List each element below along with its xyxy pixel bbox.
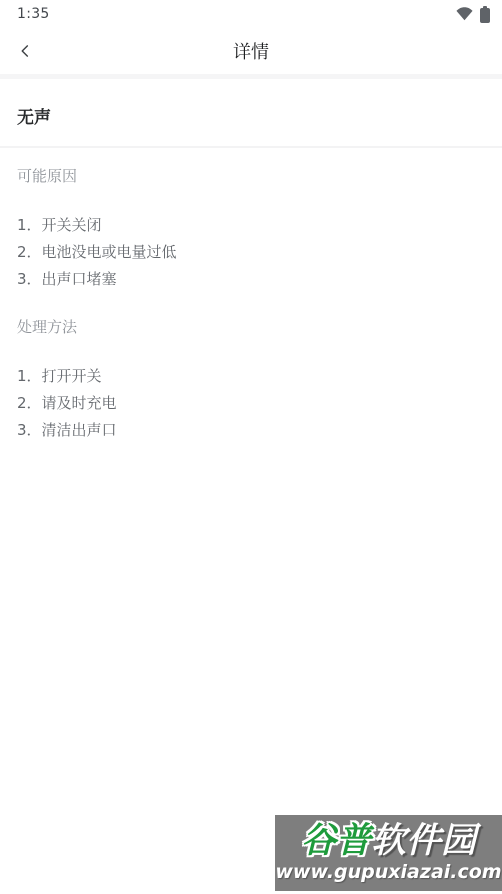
status-icons — [456, 6, 490, 23]
issue-title: 无声 — [17, 108, 51, 128]
list-item: 1．开关关闭 — [17, 212, 485, 239]
wifi-icon — [456, 7, 473, 21]
list-item: 3．出声口堵塞 — [17, 266, 485, 293]
list-item: 1．打开开关 — [17, 363, 485, 390]
list-item: 3．清洁出声口 — [17, 417, 485, 444]
solutions-list: 1．打开开关 2．请及时充电 3．清洁出声口 — [17, 363, 485, 444]
watermark-url: www.gupuxiazai.com — [275, 862, 501, 883]
list-item: 2．电池没电或电量过低 — [17, 239, 485, 266]
detail-content: 可能原因 1．开关关闭 2．电池没电或电量过低 3．出声口堵塞 处理方法 1．打… — [0, 168, 502, 444]
back-button[interactable] — [6, 32, 44, 70]
section-label-solutions: 处理方法 — [17, 319, 485, 335]
header: 详情 — [0, 28, 502, 74]
page-title: 详情 — [233, 38, 269, 64]
status-bar: 1:35 — [0, 0, 502, 28]
battery-icon — [480, 8, 490, 23]
watermark: 谷普软件园 www.gupuxiazai.com — [275, 815, 502, 891]
app-screen: 1:35 详情 无声 可能原因 1．开关关闭 2．电池没电或电量过低 3．出声口… — [0, 0, 502, 894]
causes-list: 1．开关关闭 2．电池没电或电量过低 3．出声口堵塞 — [17, 212, 485, 293]
back-chevron-icon — [18, 43, 33, 59]
watermark-brand: 谷普软件园 — [301, 824, 476, 859]
list-item: 2．请及时充电 — [17, 390, 485, 417]
watermark-brand-rest: 软件园 — [371, 821, 476, 861]
issue-title-section: 无声 — [0, 79, 502, 148]
section-label-causes: 可能原因 — [17, 168, 485, 184]
watermark-brand-green: 谷普 — [301, 821, 371, 861]
status-time: 1:35 — [17, 6, 50, 22]
